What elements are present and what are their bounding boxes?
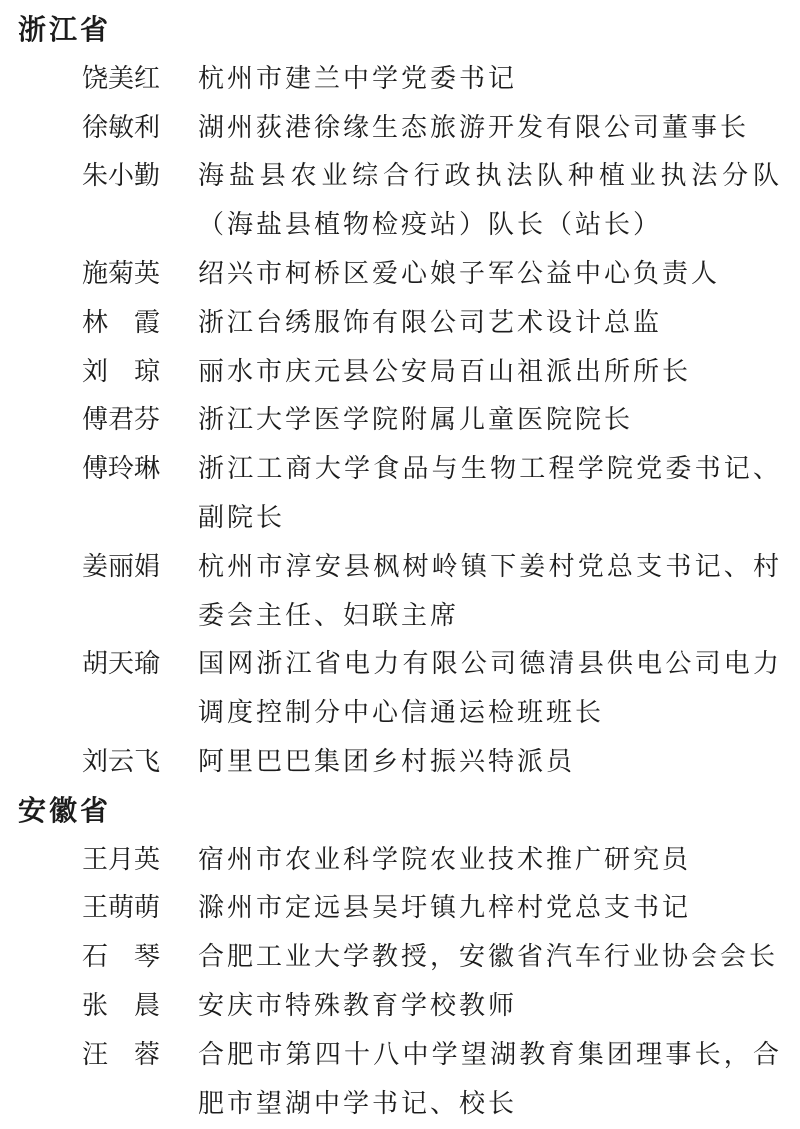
person-title: 合肥市第四十八中学望湖教育集团理事长，合肥市望湖中学书记、校长 (198, 1031, 782, 1129)
person-title: 杭州市建兰中学党委书记 (198, 55, 782, 104)
roster-entry: 张晨 安庆市特殊教育学校教师 (0, 982, 800, 1031)
person-name: 胡天瑜 (82, 640, 160, 689)
person-title: 浙江工商大学食品与生物工程学院党委书记、副院长 (198, 445, 782, 543)
province-section: 浙江省 饶美红 杭州市建兰中学党委书记 徐敏利 湖州荻港徐缘生态旅游开发有限公司… (0, 6, 800, 787)
person-name: 姜丽娟 (82, 543, 160, 592)
province-section: 安徽省 王月英 宿州市农业科学院农业技术推广研究员 王萌萌 滁州市定远县吴圩镇九… (0, 787, 800, 1129)
person-title: 绍兴市柯桥区爱心娘子军公益中心负责人 (198, 250, 782, 299)
person-name: 傅玲琳 (82, 445, 160, 494)
person-title: 海盐县农业综合行政执法队种植业执法分队（海盐县植物检疫站）队长（站长） (198, 152, 782, 250)
person-name: 汪蓉 (82, 1031, 160, 1080)
person-title: 宿州市农业科学院农业技术推广研究员 (198, 836, 782, 885)
person-name: 刘琼 (82, 348, 160, 397)
roster-entry: 石琴 合肥工业大学教授，安徽省汽车行业协会会长 (0, 933, 800, 982)
person-title: 国网浙江省电力有限公司德清县供电公司电力调度控制分中心信通运检班班长 (198, 640, 782, 738)
person-name: 朱小勤 (82, 152, 160, 201)
person-title: 浙江大学医学院附属儿童医院院长 (198, 396, 782, 445)
person-title: 丽水市庆元县公安局百山祖派出所所长 (198, 348, 782, 397)
roster-entry: 饶美红 杭州市建兰中学党委书记 (0, 55, 800, 104)
person-name: 王月英 (82, 836, 160, 885)
person-name: 徐敏利 (82, 104, 160, 153)
person-name: 傅君芬 (82, 396, 160, 445)
person-name: 王萌萌 (82, 884, 160, 933)
roster-entry: 傅君芬 浙江大学医学院附属儿童医院院长 (0, 396, 800, 445)
person-name: 施菊英 (82, 250, 160, 299)
roster-entry: 王萌萌 滁州市定远县吴圩镇九梓村党总支书记 (0, 884, 800, 933)
entry-list: 王月英 宿州市农业科学院农业技术推广研究员 王萌萌 滁州市定远县吴圩镇九梓村党总… (0, 836, 800, 1129)
roster-entry: 王月英 宿州市农业科学院农业技术推广研究员 (0, 836, 800, 885)
person-title: 安庆市特殊教育学校教师 (198, 982, 782, 1031)
roster-entry: 林霞 浙江台绣服饰有限公司艺术设计总监 (0, 299, 800, 348)
person-name: 林霞 (82, 299, 160, 348)
entry-list: 饶美红 杭州市建兰中学党委书记 徐敏利 湖州荻港徐缘生态旅游开发有限公司董事长 … (0, 55, 800, 787)
roster-entry: 傅玲琳 浙江工商大学食品与生物工程学院党委书记、副院长 (0, 445, 800, 543)
person-name: 张晨 (82, 982, 160, 1031)
person-title: 杭州市淳安县枫树岭镇下姜村党总支书记、村委会主任、妇联主席 (198, 543, 782, 641)
person-title: 湖州荻港徐缘生态旅游开发有限公司董事长 (198, 104, 782, 153)
person-name: 饶美红 (82, 55, 160, 104)
person-title: 合肥工业大学教授，安徽省汽车行业协会会长 (198, 933, 782, 982)
roster-entry: 刘琼 丽水市庆元县公安局百山祖派出所所长 (0, 348, 800, 397)
roster-entry: 徐敏利 湖州荻港徐缘生态旅游开发有限公司董事长 (0, 104, 800, 153)
roster-entry: 汪蓉 合肥市第四十八中学望湖教育集团理事长，合肥市望湖中学书记、校长 (0, 1031, 800, 1129)
person-name: 石琴 (82, 933, 160, 982)
person-title: 滁州市定远县吴圩镇九梓村党总支书记 (198, 884, 782, 933)
province-heading: 浙江省 (0, 6, 800, 55)
person-title: 阿里巴巴集团乡村振兴特派员 (198, 738, 782, 787)
person-name: 刘云飞 (82, 738, 160, 787)
province-heading: 安徽省 (0, 787, 800, 836)
roster-entry: 胡天瑜 国网浙江省电力有限公司德清县供电公司电力调度控制分中心信通运检班班长 (0, 640, 800, 738)
roster-entry: 姜丽娟 杭州市淳安县枫树岭镇下姜村党总支书记、村委会主任、妇联主席 (0, 543, 800, 641)
roster-entry: 施菊英 绍兴市柯桥区爱心娘子军公益中心负责人 (0, 250, 800, 299)
person-title: 浙江台绣服饰有限公司艺术设计总监 (198, 299, 782, 348)
roster-entry: 朱小勤 海盐县农业综合行政执法队种植业执法分队（海盐县植物检疫站）队长（站长） (0, 152, 800, 250)
roster-entry: 刘云飞 阿里巴巴集团乡村振兴特派员 (0, 738, 800, 787)
document: 浙江省 饶美红 杭州市建兰中学党委书记 徐敏利 湖州荻港徐缘生态旅游开发有限公司… (0, 0, 800, 1129)
